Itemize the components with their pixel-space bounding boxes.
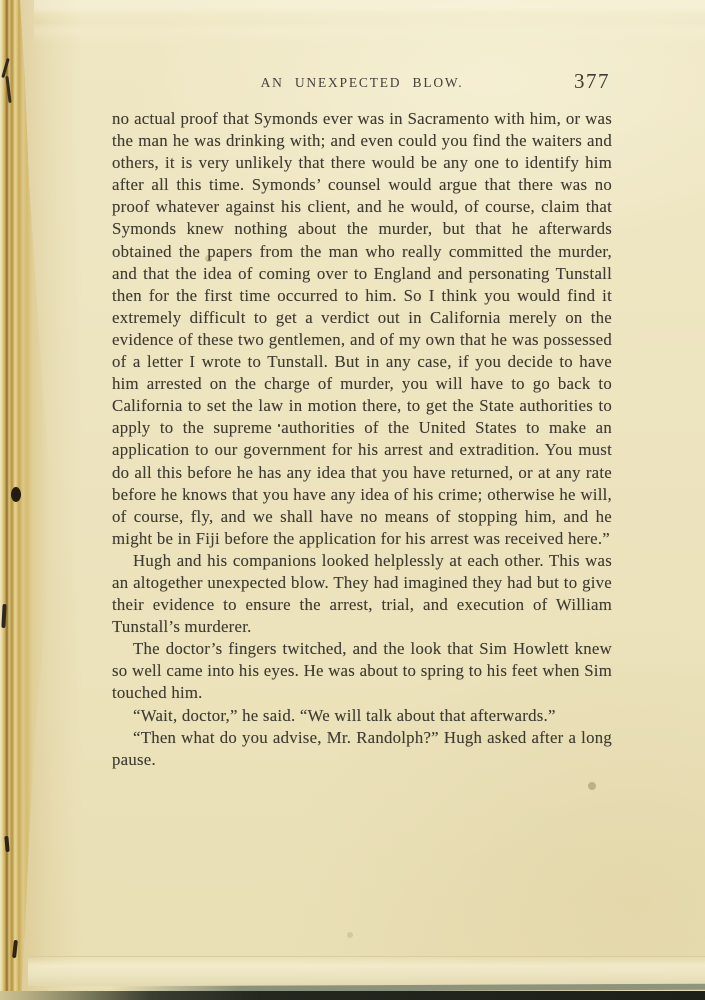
- page-number: 377: [574, 69, 610, 94]
- paper-light-streaks: [34, 0, 705, 66]
- page-bottom-edge: [28, 956, 705, 986]
- paragraph: no actual proof that Symonds ever was in…: [112, 108, 612, 550]
- binding-stitch-knot: [11, 487, 21, 502]
- page-body: no actual proof that Symonds ever was in…: [112, 108, 612, 771]
- paragraph: The doctor’s fingers twitched, and the l…: [112, 638, 612, 704]
- paper-speck: [588, 782, 596, 790]
- paper-speck: [347, 932, 353, 938]
- paragraph: “Wait, doctor,” he said. “We will talk a…: [112, 705, 612, 727]
- paragraph: Hugh and his companions looked helplessl…: [112, 550, 612, 638]
- page-header: AN UNEXPECTED BLOW. 377: [112, 70, 612, 96]
- table-shadow-edge: [0, 991, 705, 1000]
- running-title: AN UNEXPECTED BLOW.: [112, 70, 612, 96]
- paragraph: “Then what do you advise, Mr. Randolph?”…: [112, 727, 612, 771]
- scanned-book-page: AN UNEXPECTED BLOW. 377 no actual proof …: [0, 0, 705, 1000]
- gutter-shadow: [18, 0, 82, 1000]
